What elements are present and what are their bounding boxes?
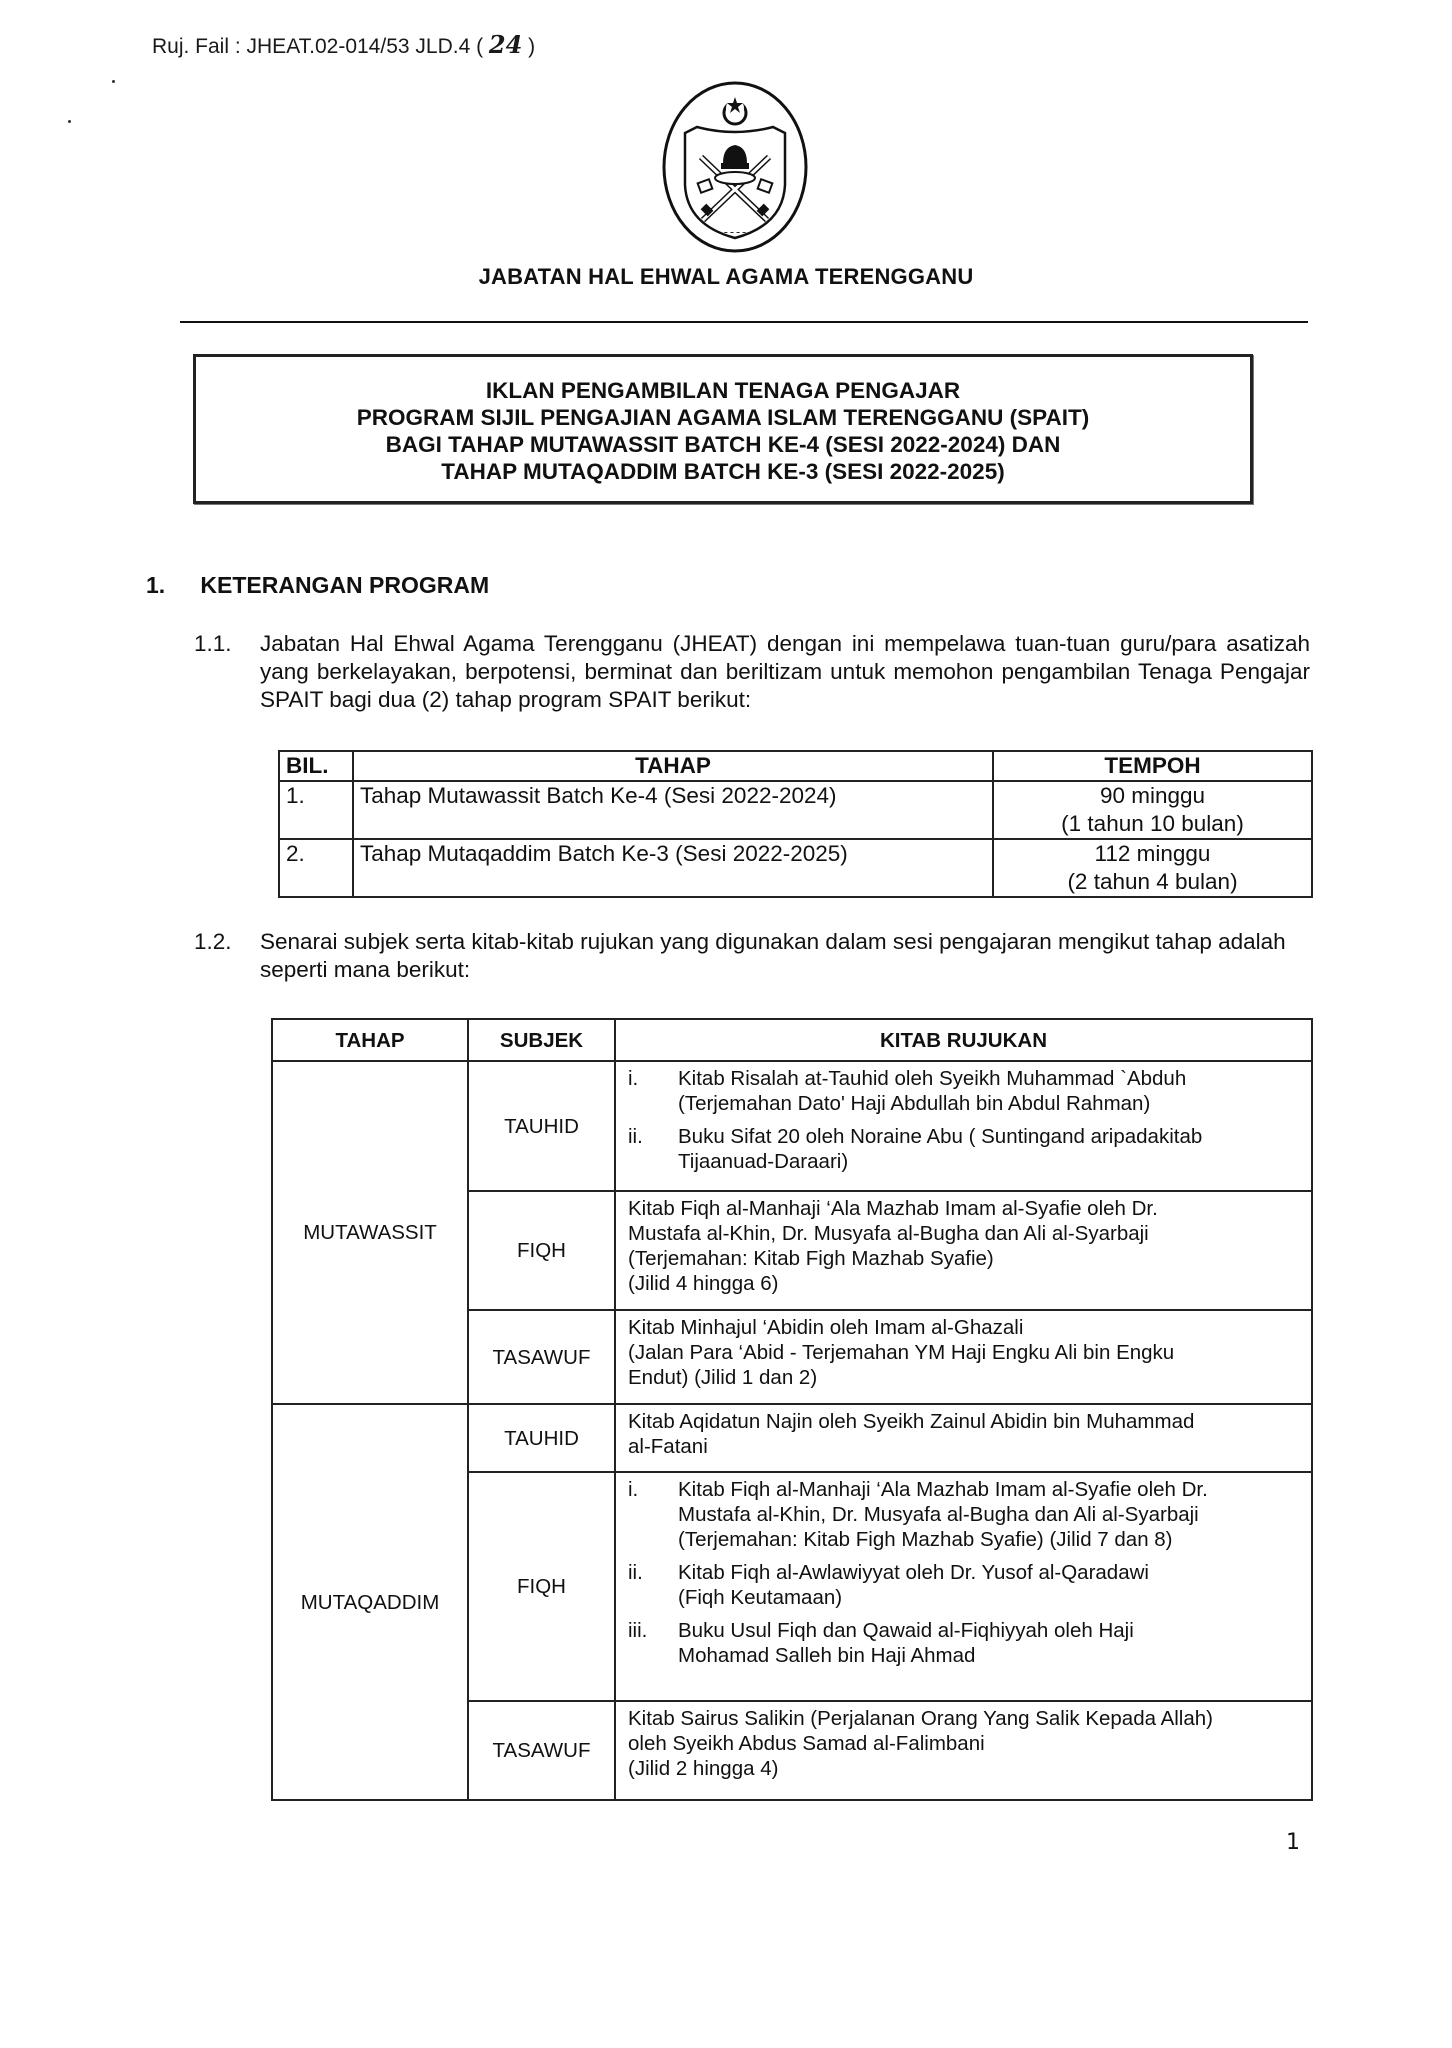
reference-item: ii. Buku Sifat 20 oleh Noraine Abu ( Sun… xyxy=(628,1124,1303,1174)
item-marker: i. xyxy=(628,1477,638,1502)
table-header-row: TAHAP SUBJEK KITAB RUJUKAN xyxy=(272,1019,1312,1061)
cell-tahap: MUTAQADDIM xyxy=(272,1404,468,1800)
header-divider xyxy=(180,321,1308,323)
column-header-bil: BIL. xyxy=(279,751,353,781)
item-line: Kitab Fiqh al-Manhaji ‘Ala Mazhab Imam a… xyxy=(678,1477,1303,1502)
cell-kitab: Kitab Aqidatun Najin oleh Syeikh Zainul … xyxy=(615,1404,1312,1472)
paragraph-number: 1.1. xyxy=(194,630,232,658)
item-line: Mustafa al-Khin, Dr. Musyafa al-Bugha da… xyxy=(628,1221,1303,1246)
column-header-tahap: TAHAP xyxy=(272,1019,468,1061)
tempoh-weeks: 112 minggu xyxy=(1000,840,1305,868)
section-number: 1. xyxy=(146,572,194,599)
item-line: (Terjemahan: Kitab Figh Mazhab Syafie) xyxy=(628,1246,1303,1271)
item-line: (Jilid 4 hingga 6) xyxy=(628,1271,1303,1296)
title-line: BAGI TAHAP MUTAWASSIT BATCH KE-4 (SESI 2… xyxy=(196,431,1250,458)
item-line: (Jalan Para ‘Abid - Terjemahan YM Haji E… xyxy=(628,1340,1303,1365)
section-heading: 1. KETERANGAN PROGRAM xyxy=(146,572,489,599)
cell-kitab: Kitab Minhajul ‘Abidin oleh Imam al-Ghaz… xyxy=(615,1310,1312,1404)
cell-kitab: Kitab Fiqh al-Manhaji ‘Ala Mazhab Imam a… xyxy=(615,1191,1312,1310)
cell-subjek: TAUHID xyxy=(468,1061,615,1191)
file-reference-label: Ruj. Fail : JHEAT.02-014/53 JLD.4 ( xyxy=(152,35,483,58)
department-name: JABATAN HAL EHWAL AGAMA TERENGGANU xyxy=(0,264,1452,290)
item-line: (Fiqh Keutamaan) xyxy=(678,1585,1303,1610)
item-line: Mustafa al-Khin, Dr. Musyafa al-Bugha da… xyxy=(678,1502,1303,1527)
item-line: Endut) (Jilid 1 dan 2) xyxy=(628,1365,1303,1390)
title-line: IKLAN PENGAMBILAN TENAGA PENGAJAR xyxy=(196,377,1250,404)
cell-tempoh: 112 minggu (2 tahun 4 bulan) xyxy=(993,839,1312,897)
item-line: Kitab Sairus Salikin (Perjalanan Orang Y… xyxy=(628,1706,1303,1731)
item-line: (Terjemahan Dato' Haji Abdullah bin Abdu… xyxy=(678,1091,1303,1116)
svg-text:ـ ـ ـ ـ: ـ ـ ـ ـ xyxy=(723,225,746,236)
table-row: MUTAQADDIM TAUHID Kitab Aqidatun Najin o… xyxy=(272,1404,1312,1472)
item-marker: iii. xyxy=(628,1618,647,1643)
advertisement-title-box: IKLAN PENGAMBILAN TENAGA PENGAJAR PROGRA… xyxy=(193,354,1253,504)
item-line: Tijaanuad-Daraari) xyxy=(678,1149,1303,1174)
reference-item: iii. Buku Usul Fiqh dan Qawaid al-Fiqhiy… xyxy=(628,1618,1303,1668)
item-line: Buku Usul Fiqh dan Qawaid al-Fiqhiyyah o… xyxy=(678,1618,1303,1643)
cell-bil: 1. xyxy=(279,781,353,839)
item-line: Kitab Risalah at-Tauhid oleh Syeikh Muha… xyxy=(678,1066,1303,1091)
tempoh-weeks: 90 minggu xyxy=(1000,782,1305,810)
item-line: Kitab Fiqh al-Awlawiyyat oleh Dr. Yusof … xyxy=(678,1560,1303,1585)
column-header-tahap: TAHAP xyxy=(353,751,993,781)
column-header-tempoh: TEMPOH xyxy=(993,751,1312,781)
item-line: Kitab Aqidatun Najin oleh Syeikh Zainul … xyxy=(628,1409,1303,1434)
terengganu-crest-icon: ـ ـ ـ ـ xyxy=(655,75,815,255)
item-marker: ii. xyxy=(628,1560,643,1585)
title-line: TAHAP MUTAQADDIM BATCH KE-3 (SESI 2022-2… xyxy=(196,458,1250,485)
section-title: KETERANGAN PROGRAM xyxy=(200,572,489,598)
cell-tahap: MUTAWASSIT xyxy=(272,1061,468,1404)
file-reference-handwritten-number: 24 xyxy=(489,30,522,59)
item-line: oleh Syeikh Abdus Samad al-Falimbani xyxy=(628,1731,1303,1756)
file-reference-close: ) xyxy=(528,35,535,58)
cell-kitab: i. Kitab Fiqh al-Manhaji ‘Ala Mazhab Ima… xyxy=(615,1472,1312,1701)
paragraph-number: 1.2. xyxy=(194,928,232,956)
scan-speck xyxy=(112,80,115,83)
cell-subjek: FIQH xyxy=(468,1191,615,1310)
table-row: 1. Tahap Mutawassit Batch Ke-4 (Sesi 202… xyxy=(279,781,1312,839)
cell-kitab: Kitab Sairus Salikin (Perjalanan Orang Y… xyxy=(615,1701,1312,1800)
cell-subjek: TASAWUF xyxy=(468,1310,615,1404)
cell-tempoh: 90 minggu (1 tahun 10 bulan) xyxy=(993,781,1312,839)
item-line: (Jilid 2 hingga 4) xyxy=(628,1756,1303,1781)
table-row: MUTAWASSIT TAUHID i. Kitab Risalah at-Ta… xyxy=(272,1061,1312,1191)
reference-item: i. Kitab Risalah at-Tauhid oleh Syeikh M… xyxy=(628,1066,1303,1116)
item-line: (Terjemahan: Kitab Figh Mazhab Syafie) (… xyxy=(678,1527,1303,1552)
paragraph-text: Jabatan Hal Ehwal Agama Terengganu (JHEA… xyxy=(260,630,1310,714)
page-number: 1 xyxy=(1286,1830,1300,1855)
cell-bil: 2. xyxy=(279,839,353,897)
column-header-subjek: SUBJEK xyxy=(468,1019,615,1061)
paragraph-1-1: 1.1. Jabatan Hal Ehwal Agama Terengganu … xyxy=(194,630,1310,714)
column-header-kitab-rujukan: KITAB RUJUKAN xyxy=(615,1019,1312,1061)
item-line: Kitab Minhajul ‘Abidin oleh Imam al-Ghaz… xyxy=(628,1315,1303,1340)
cell-kitab: i. Kitab Risalah at-Tauhid oleh Syeikh M… xyxy=(615,1061,1312,1191)
paragraph-1-2: 1.2. Senarai subjek serta kitab-kitab ru… xyxy=(194,928,1310,984)
cell-subjek: TAUHID xyxy=(468,1404,615,1472)
item-line: Kitab Fiqh al-Manhaji ‘Ala Mazhab Imam a… xyxy=(628,1196,1303,1221)
scan-speck xyxy=(68,120,71,123)
item-marker: i. xyxy=(628,1066,638,1091)
file-reference: Ruj. Fail : JHEAT.02-014/53 JLD.4 ( 24 ) xyxy=(152,30,535,59)
reference-item: ii. Kitab Fiqh al-Awlawiyyat oleh Dr. Yu… xyxy=(628,1560,1303,1610)
program-duration-table: BIL. TAHAP TEMPOH 1. Tahap Mutawassit Ba… xyxy=(278,750,1313,898)
item-line: al-Fatani xyxy=(628,1434,1303,1459)
item-line: Buku Sifat 20 oleh Noraine Abu ( Sunting… xyxy=(678,1124,1303,1149)
cell-subjek: FIQH xyxy=(468,1472,615,1701)
item-line: Mohamad Salleh bin Haji Ahmad xyxy=(678,1643,1303,1668)
subject-reference-table: TAHAP SUBJEK KITAB RUJUKAN MUTAWASSIT TA… xyxy=(271,1018,1313,1801)
item-marker: ii. xyxy=(628,1124,643,1149)
title-line: PROGRAM SIJIL PENGAJIAN AGAMA ISLAM TERE… xyxy=(196,404,1250,431)
cell-tahap: Tahap Mutaqaddim Batch Ke-3 (Sesi 2022-2… xyxy=(353,839,993,897)
paragraph-text: Senarai subjek serta kitab-kitab rujukan… xyxy=(260,928,1310,984)
reference-item: i. Kitab Fiqh al-Manhaji ‘Ala Mazhab Ima… xyxy=(628,1477,1303,1552)
cell-subjek: TASAWUF xyxy=(468,1701,615,1800)
tempoh-years: (2 tahun 4 bulan) xyxy=(1000,868,1305,896)
table-header-row: BIL. TAHAP TEMPOH xyxy=(279,751,1312,781)
cell-tahap: Tahap Mutawassit Batch Ke-4 (Sesi 2022-2… xyxy=(353,781,993,839)
tempoh-years: (1 tahun 10 bulan) xyxy=(1000,810,1305,838)
table-row: 2. Tahap Mutaqaddim Batch Ke-3 (Sesi 202… xyxy=(279,839,1312,897)
